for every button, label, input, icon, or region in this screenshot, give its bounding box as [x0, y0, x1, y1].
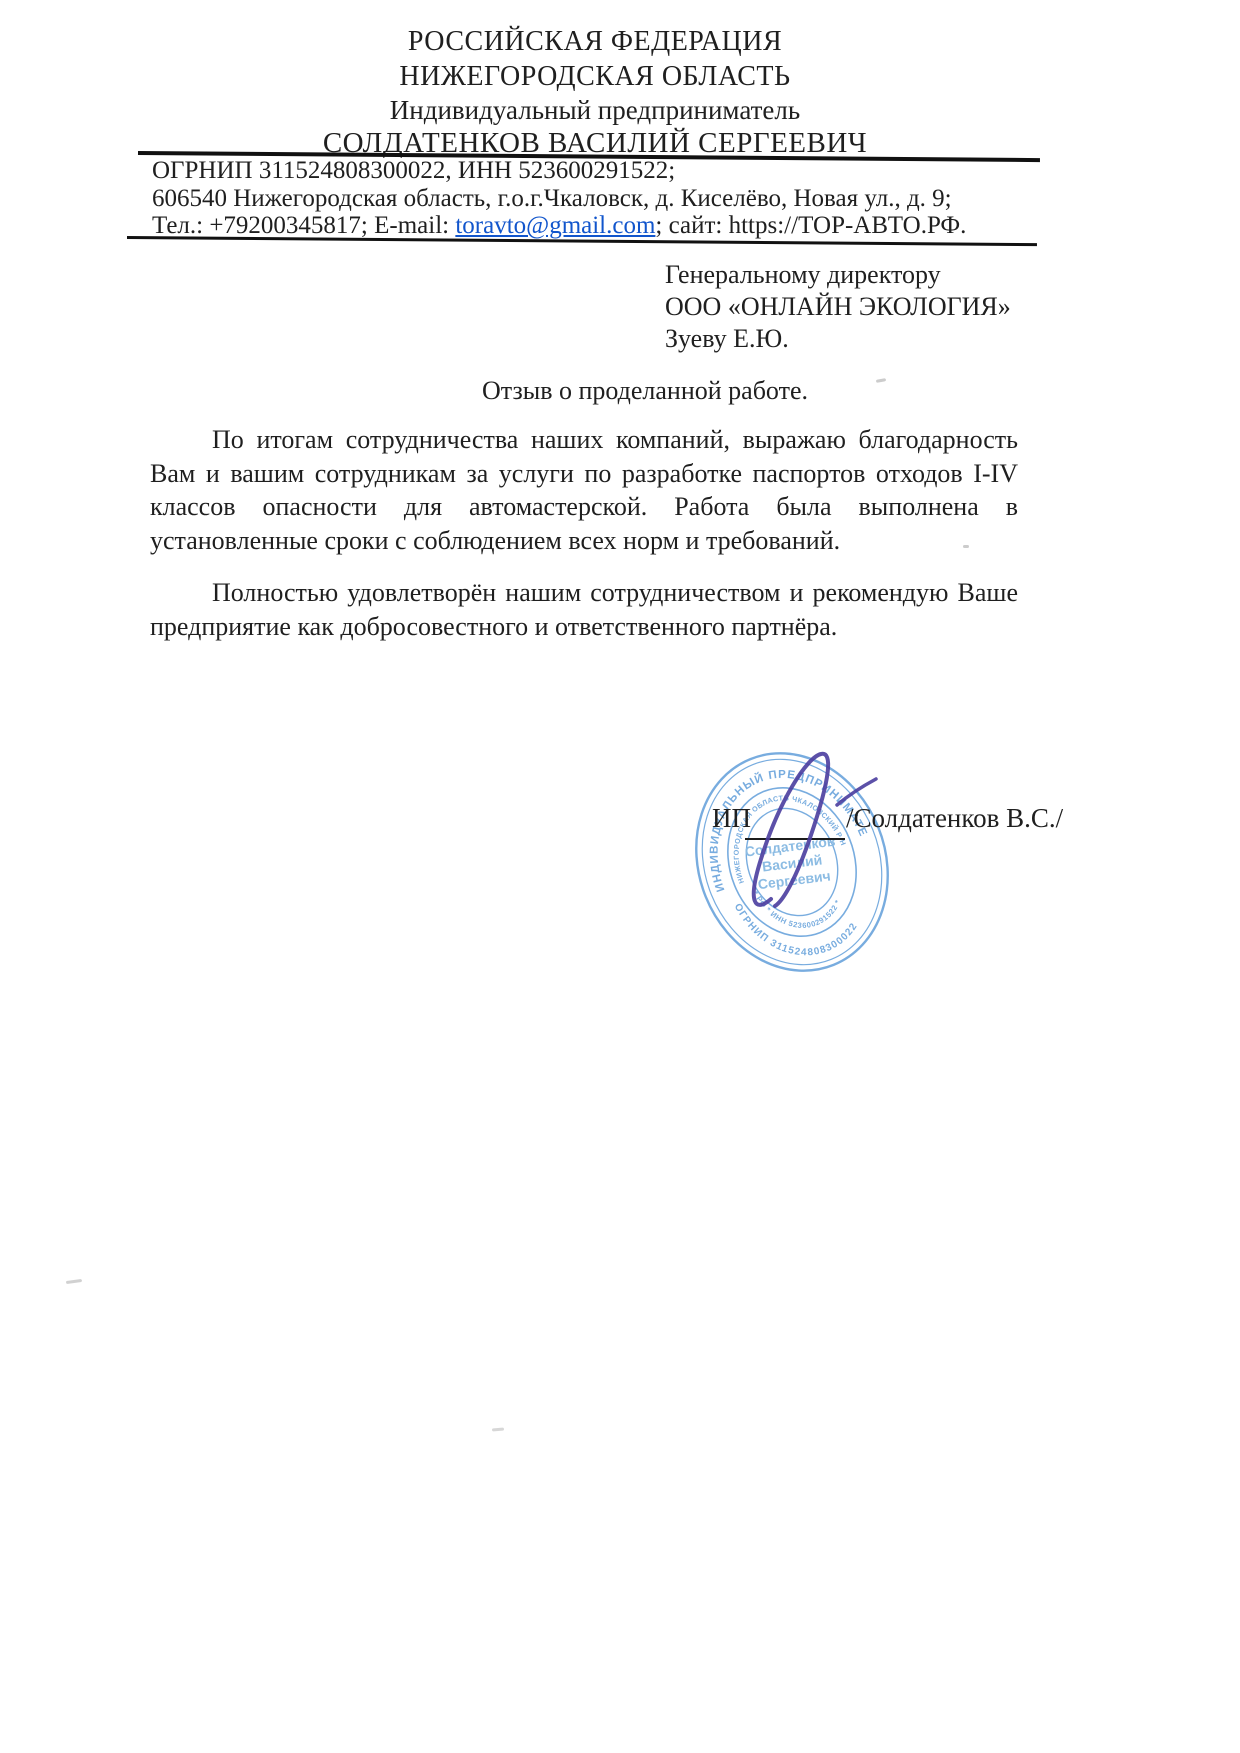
paragraph-1-line: Вам и вашим сотрудникам за услуги по раз…	[150, 457, 1018, 491]
contact-phone-email-prefix: Тел.: +79200345817; E-mail:	[152, 212, 455, 239]
letterhead-entity-type: Индивидуальный предприниматель	[130, 97, 1060, 124]
paragraph-1-line: классов опасности для автомастерской. Ра…	[150, 490, 1018, 524]
scan-artifact	[963, 545, 969, 548]
recipient-person: Зуеву Е.Ю.	[665, 323, 1085, 355]
handwritten-signature	[737, 749, 909, 921]
paragraph-2: Полностью удовлетворён нашим сотрудничес…	[150, 576, 1018, 643]
contact-address-line: 606540 Нижегородская область, г.о.г.Чкал…	[152, 185, 1052, 213]
letterhead: РОССИЙСКАЯ ФЕДЕРАЦИЯ НИЖЕГОРОДСКАЯ ОБЛАС…	[130, 28, 1060, 158]
paragraph-1: По итогам сотрудничества наших компаний,…	[150, 423, 1018, 557]
letterhead-country: РОССИЙСКАЯ ФЕДЕРАЦИЯ	[130, 28, 1060, 56]
paragraph-2-line: Полностью удовлетворён нашим сотрудничес…	[150, 576, 1018, 610]
contact-site-suffix: ; сайт: https://ТОР-АВТО.РФ.	[655, 212, 966, 239]
scan-artifact	[492, 1427, 504, 1431]
paragraph-1-line: По итогам сотрудничества наших компаний,…	[150, 423, 1018, 457]
recipient-position: Генеральному директору	[665, 259, 1085, 291]
recipient-company: ООО «ОНЛАЙН ЭКОЛОГИЯ»	[665, 291, 1085, 323]
paragraph-1-line: установленные сроки с соблюдением всех н…	[150, 524, 1018, 558]
contact-block: ОГРНИП 311524808300022, ИНН 523600291522…	[152, 157, 1052, 240]
letterhead-region: НИЖЕГОРОДСКАЯ ОБЛАСТЬ	[130, 63, 1060, 91]
scan-artifact	[66, 1279, 82, 1284]
contact-phone-line: Тел.: +79200345817; E-mail: toravto@gmai…	[152, 212, 1052, 240]
letter-title: Отзыв о проделанной работе.	[255, 376, 1035, 406]
contact-registration-line: ОГРНИП 311524808300022, ИНН 523600291522…	[152, 157, 1052, 185]
recipient-block: Генеральному директору ООО «ОНЛАЙН ЭКОЛО…	[665, 259, 1085, 355]
email-link[interactable]: toravto@gmail.com	[455, 212, 655, 239]
paragraph-2-line: предприятие как добросовестного и ответс…	[150, 610, 1018, 644]
scanned-letter-page: РОССИЙСКАЯ ФЕДЕРАЦИЯ НИЖЕГОРОДСКАЯ ОБЛАС…	[0, 0, 1240, 1753]
